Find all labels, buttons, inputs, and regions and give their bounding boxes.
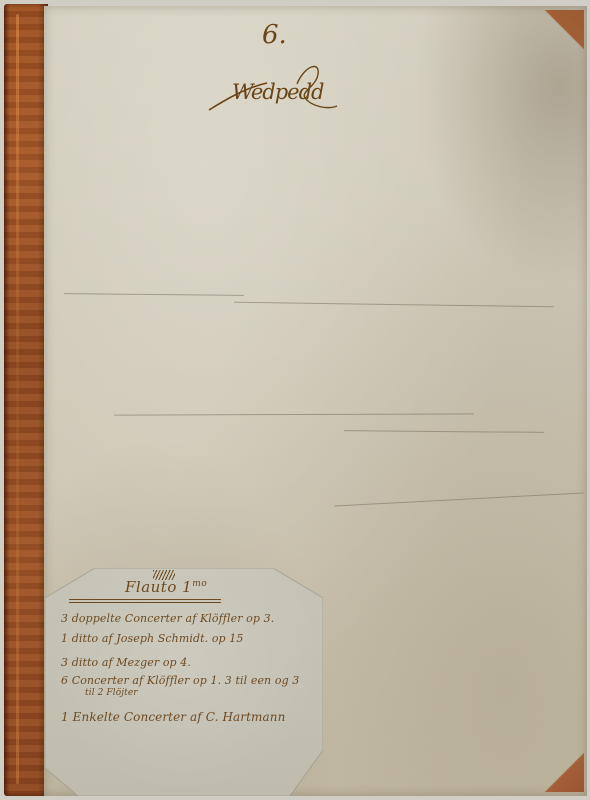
leather-spine	[4, 4, 48, 796]
label-line: 3 doppelte Concerter af Klöffler op 3.	[61, 612, 274, 625]
label-heading-text: Flauto	[125, 578, 177, 596]
label-line: 1 ditto af Joseph Schmidt. op 15	[61, 632, 244, 645]
spine-highlight	[16, 14, 19, 784]
leather-corner-top-right	[544, 10, 584, 50]
heading-rule	[69, 599, 221, 600]
label-heading-number: 1	[182, 578, 192, 596]
label-line: 6 Concerter af Klöffler op 1. 3 til een …	[61, 674, 299, 687]
paper-crease	[234, 302, 554, 307]
contents-label: Flauto 1mo 3 doppelte Concerter af Klöff…	[45, 568, 323, 796]
paper-crease	[114, 413, 474, 415]
paper-crease	[64, 293, 244, 296]
volume-number: 6.	[262, 20, 287, 50]
label-line: 3 ditto af Mezger op 4.	[61, 656, 191, 669]
heading-rule	[69, 602, 221, 603]
label-content: Flauto 1mo 3 doppelte Concerter af Klöff…	[45, 568, 323, 796]
leather-corner-bottom-right	[544, 752, 584, 792]
paper-crease	[334, 492, 584, 506]
paper-crease	[344, 430, 544, 433]
label-heading-sup: mo	[192, 579, 207, 589]
manuscript-photo: 6. Wedpedd Flauto 1mo 3 doppelte Concert…	[0, 0, 590, 800]
label-heading: Flauto 1mo	[125, 578, 207, 596]
label-line: 1 Enkelte Concerter af C. Hartmann	[61, 710, 285, 724]
label-line: til 2 Flöjter	[85, 688, 138, 698]
signature: Wedpedd	[232, 80, 324, 104]
